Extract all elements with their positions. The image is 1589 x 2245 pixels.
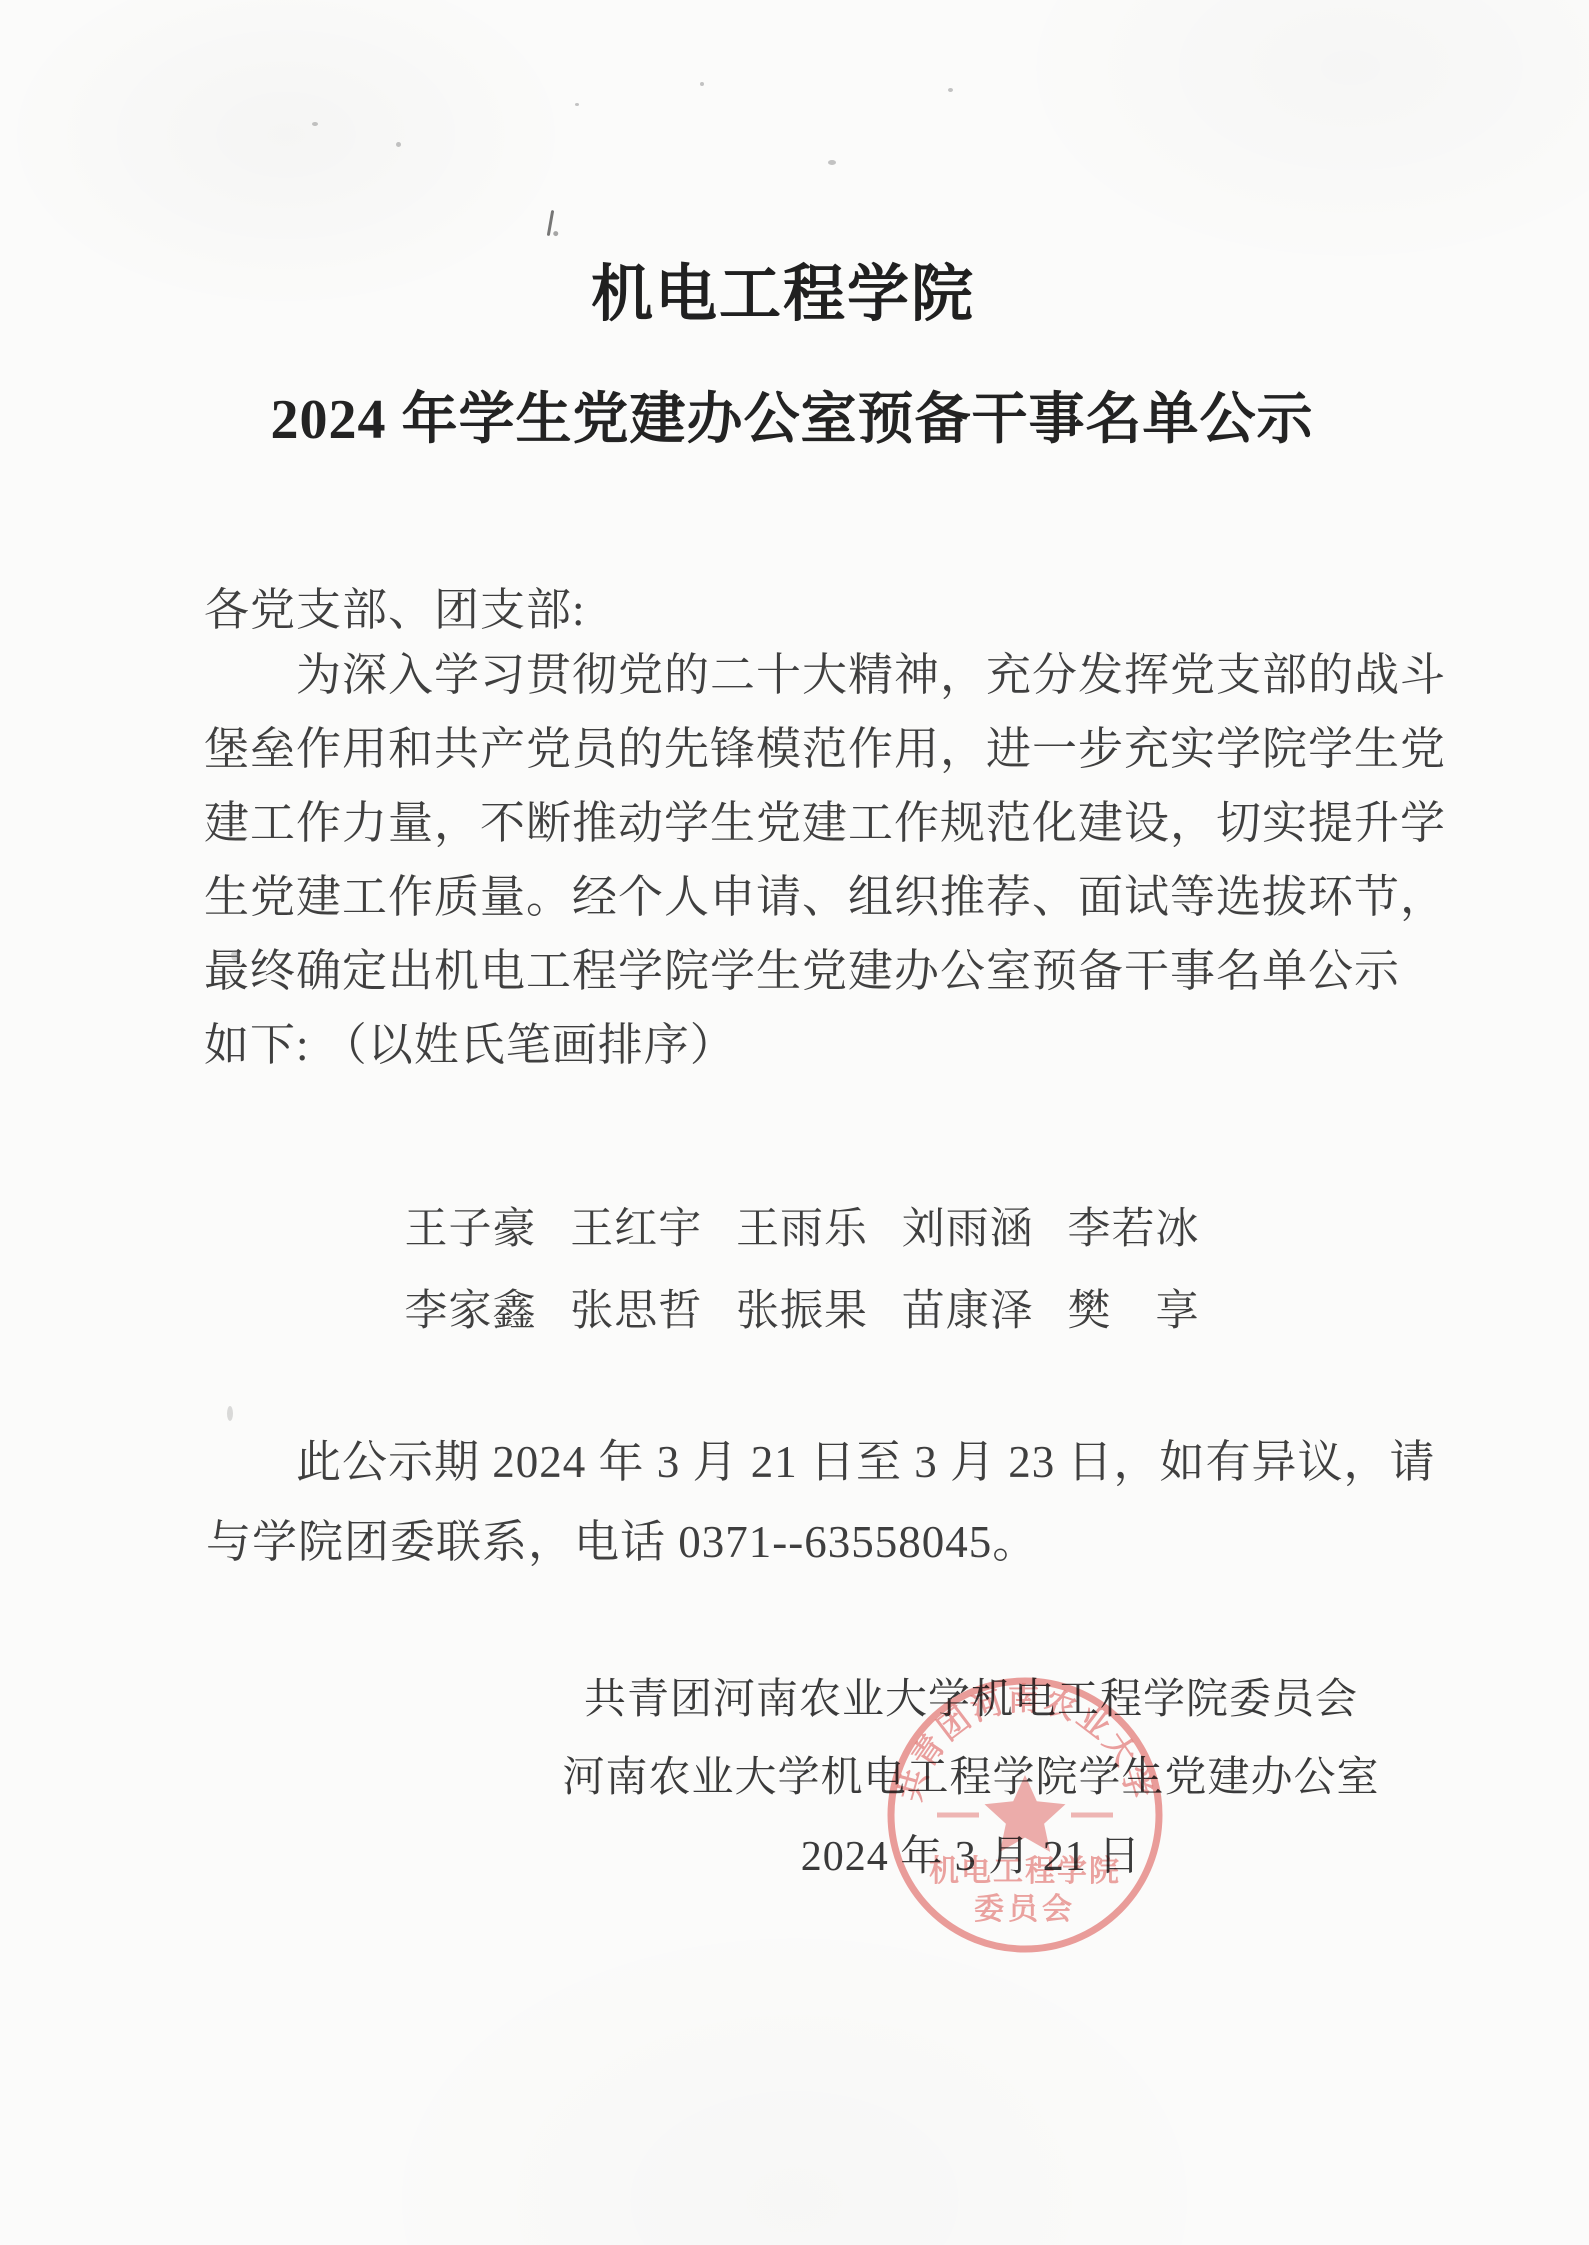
scan-speck bbox=[575, 103, 579, 106]
scan-speck bbox=[231, 950, 239, 961]
names-row-2: 李家鑫 张思哲 张振果 苗康泽 樊 享 bbox=[204, 1285, 1400, 1339]
scan-speck bbox=[312, 122, 318, 126]
scan-speck bbox=[700, 82, 704, 86]
notice-line-2: 与学院团委联系，电话 0371--63558045。 bbox=[206, 1514, 1038, 1570]
body-line: 生党建工作质量。经个人申请、组织推荐、面试等选拔环节， bbox=[204, 860, 1400, 934]
candidate-name: 刘雨涵 bbox=[902, 1203, 1034, 1257]
candidate-name: 李家鑫 bbox=[405, 1285, 537, 1339]
official-red-stamp: 共青团河南农业大学 机电工程学院 委员会 bbox=[875, 1663, 1175, 1963]
candidate-name: 李若冰 bbox=[1068, 1203, 1200, 1257]
candidate-name: 苗康泽 bbox=[902, 1285, 1034, 1339]
ink-mark bbox=[547, 210, 554, 236]
page-title: 机电工程学院 bbox=[0, 262, 1566, 328]
body-paragraph: 为深入学习贯彻党的二十大精神，充分发挥党支部的战斗 堡垒作用和共产党员的先锋模范… bbox=[204, 638, 1400, 1082]
candidate-name: 樊 享 bbox=[1068, 1285, 1200, 1339]
scan-speck bbox=[828, 160, 836, 165]
candidate-name: 王红宇 bbox=[570, 1203, 702, 1257]
body-line: 如下: （以姓氏笔画排序） bbox=[204, 1008, 1400, 1082]
salutation: 各党支部、团支部: bbox=[204, 582, 586, 638]
page-subtitle: 2024 年学生党建办公室预备干事名单公示 bbox=[0, 388, 1584, 452]
candidate-name: 王雨乐 bbox=[736, 1203, 868, 1257]
body-line: 堡垒作用和共产党员的先锋模范作用，进一步充实学院学生党 bbox=[204, 712, 1400, 786]
names-row-1: 王子豪 王红宇 王雨乐 刘雨涵 李若冰 bbox=[204, 1203, 1400, 1257]
scan-speck bbox=[396, 142, 401, 147]
scanned-notice-page: 机电工程学院 2024 年学生党建办公室预备干事名单公示 各党支部、团支部: 为… bbox=[0, 0, 1589, 2245]
candidate-name: 王子豪 bbox=[405, 1203, 537, 1257]
stamp-center-line: 机电工程学院 bbox=[929, 1855, 1121, 1888]
candidate-name: 张思哲 bbox=[570, 1285, 702, 1339]
notice-line-1: 此公示期 2024 年 3 月 21 日至 3 月 23 日，如有异议，请 bbox=[296, 1434, 1436, 1490]
body-line: 最终确定出机电工程学院学生党建办公室预备干事名单公示 bbox=[204, 934, 1400, 1008]
stamp-star-icon bbox=[985, 1775, 1066, 1852]
body-line: 为深入学习贯彻党的二十大精神，充分发挥党支部的战斗 bbox=[204, 638, 1400, 712]
body-line: 建工作力量，不断推动学生党建工作规范化建设，切实提升学 bbox=[204, 786, 1400, 860]
scan-speck bbox=[227, 1406, 233, 1421]
stamp-bottom-line: 委员会 bbox=[974, 1893, 1076, 1926]
candidate-name: 张振果 bbox=[736, 1285, 868, 1339]
scan-speck bbox=[948, 88, 953, 92]
